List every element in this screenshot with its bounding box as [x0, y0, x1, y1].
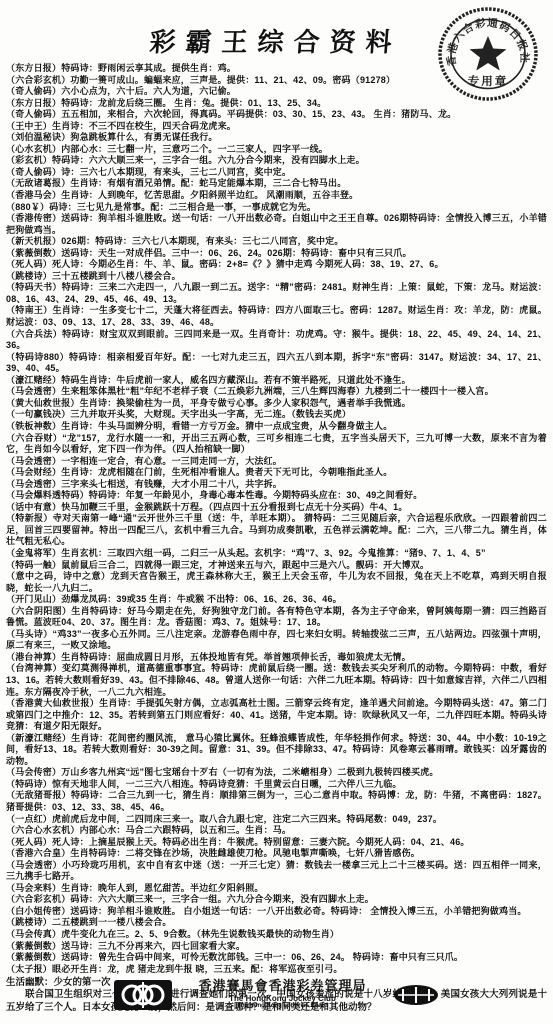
tip-line: （金鬼将军）生肖玄机：三取四六组一码，二归三一从头起。玄机字：“鸡”7、3、92… — [6, 548, 547, 560]
tip-line: （奇人偷码）诗：三六七八本期现，有来头，三七二八同宫，奖中定。 — [6, 167, 547, 179]
tip-line: （香港马会）生肖诗：人到晚年，忆苦思甜。夕阳斜照半边红。 风潮雨顺，五谷丰登。 — [6, 190, 547, 202]
tip-line: （马会透密）一字相连一定合，有心意。一三同走同一方，大法红。 — [6, 456, 547, 468]
tip-line: （濠江赌经）特码生肖诗：牛后虎前一家人，威名四方藏深山。若有不策半路死，只道此处… — [6, 375, 547, 387]
seal-star-icon — [470, 36, 507, 71]
tip-line: （六合彩玄机）码诗：六六大顺三来一，三字合一组。六九分合今期来，没有四脚水上走。 — [6, 894, 547, 906]
tip-line: （死人码）死人诗：今期必生肖：牛、羊、鼠。密码：2+8=《？》猜中走鸡 今期死人… — [6, 259, 547, 271]
tip-line: （王中王）生肖诗：不三不四在校生，四天合码龙虎来。 — [6, 121, 547, 133]
tip-line: （马会财经）生肖诗：龙虎相随在门前，生死相冲看谁人。贵者天下无可比，今朝唯指此圣… — [6, 467, 547, 479]
tip-line: （无敌诸葛报）生肖诗：有烟有酒兄弟情。配：蛇马定能爆本期，三二合七特马出。 — [6, 178, 547, 190]
newspaper-seal: 香港六合彩通码日报社 专用章 — [437, 6, 539, 102]
tip-line: （特码天书）特码诗：三来二六走四一，八九跟一到二五。送字：“精”密码：2481。… — [6, 282, 547, 305]
tip-line: （太子报）眼必开生肖：龙，虎 猪走龙到牛报 晓，三五来。配：将军巡夜至引弓。 — [6, 964, 547, 976]
tip-line: （紫薇倒数）送马诗：三九不分再来六，四七回家看大家。 — [6, 941, 547, 953]
tip-line: （跳楼诗）二五楼跳到一一楼八楼会合。 — [6, 917, 547, 929]
tip-line: （香港传密）送码诗：狗羊相斗谁胜败。送一句话：一八开出数必奇。白姐山中之王王自尊… — [6, 213, 547, 236]
footer: 香港賽馬會香港彩券管理局 The HongKong Jockey Club Th… — [0, 980, 553, 1010]
tip-line: （香港黄大仙救世报）生肖诗：手提弧矢射方偶，立志弧高杜士图。三箭穿云终有定，逢羊… — [6, 698, 547, 733]
tip-line: （铁板神数）生肖诗：牛头马面辨分明，看错一方亏万金。猜中一点成宝贵，从今翻身做主… — [6, 421, 547, 433]
tip-line: （开门见山）劲爆龙凤码：39或35 生肖：牛或猴 不出特：06、16、26、36… — [6, 594, 547, 606]
tip-line: （马会爆料透特码）特码诗：年复一年龄见小，身毒心毒本性毒。今期特码头应在：30、… — [6, 490, 547, 502]
tip-line: （一句赢钱决）三九并取开头奖，大财现。天字出头一字高，无二连。（数钱去买虎） — [6, 409, 547, 421]
tip-line: （香港六合皇）生肖特码诗：二将交锋在沙场，决胜雌雄使刀枪。风驰电掣声嘶唤，七奸八… — [6, 848, 547, 860]
tip-line: （奇人偷码）五五相加，来相合，六次轮回，得真码。平码提供：03、30、15、23… — [6, 109, 547, 121]
tip-line: （六合心水玄机）内部心水：马合二六跟特码，以五和三。生肖：马。 — [6, 825, 547, 837]
tip-line: （刘伯温秘诀）狗急跳板算什么，有勇无谋任我行。 — [6, 132, 547, 144]
tip-line: （特码诗880）特码诗：相亲相爱百年好。配：一七对九走三五，四六五八到本期，拆字… — [6, 352, 547, 375]
tip-line: （马会透密）三字来头七相送，有钱赚，大才小用二十八，共字拆。 — [6, 479, 547, 491]
tip-line: （特南王）生肖诗：一生多变七十二，天蓬大将征西去。特码诗：四方八面取三七。密码：… — [6, 305, 547, 328]
tip-line: （马头诗）“鸡33”一夜多心五外同。三八注定亲。龙游春色雨中存，四七来妇女明。转… — [6, 629, 547, 652]
tip-line: （心水玄机）内部心水：三七翻一片，三意巧二个。一二三家人，四字平一线。 — [6, 144, 547, 156]
tip-line: （马会传密）万山乡客九州宾“远”图七宝瑶台十歹右（一切有为法，二米嵣相身）二极到… — [6, 767, 547, 779]
tip-line: （新天机报）026期：特码诗：三六七八本期现，有来头：三七二八同宫，奖中定。 — [6, 236, 547, 248]
tip-line: （台湾神算）变幻莫测得禅机，道高德重事事宜。特码诗：虎前鼠后绕一圈。送：数钱去买… — [6, 663, 547, 698]
seal-stamp-icon: 香港六合彩通码日报社 专用章 — [437, 6, 539, 102]
jockey-club-logo-icon — [114, 980, 172, 1010]
tip-line: （港台神算）生肖特码诗：屈曲成圆日月形，五体投地皆有凭。举首翘项伸长舌，毒如狼虎… — [6, 652, 547, 664]
tip-line: （马会传真）虎牛变化九在三。2、5、9合数。（林先生说数钱买最快的动物生肖） — [6, 929, 547, 941]
tip-line: （特码一触）鼠前鼠后三合二，四就得一跟三定，才神送来五与六，跟起中三是六八。靓码… — [6, 560, 547, 572]
tip-line: （特新报）寺对天南第一峰“通”云开世外三千里（送：牛，羊旺本期）。 猜特码：二三… — [6, 513, 547, 548]
tip-line: （880￥）码诗：三七见九是常事。配：二三相合是一事，一事成就它为先。 — [6, 202, 547, 214]
tip-line: （马会来料）生肖诗：晚年人到，恩忆甜苦。半边红夕阳斜照。 — [6, 883, 547, 895]
tip-line: （马会透密）生来粗笨体黑杜“粗”年纪不老样子衰（二五焕彩九洲端，三八生辉四海春）… — [6, 386, 547, 398]
tip-line: （彩玄机）特码诗：六六大顺三来一，三字合一组。六九分合今期来，没有四脚水上走。 — [6, 155, 547, 167]
tip-line: （马会透密）小巧玲珑巧用机，玄中自有玄中迷（送：一开三七定）猜：数钱去一楼拿三元… — [6, 860, 547, 883]
tip-line: （话中有意）快马加鞭三千里，金猴跳跃十万程。（四点四十五分看报到七点无十分买码）… — [6, 502, 547, 514]
tip-line: （新濠江赌经）生肖诗：花间密约圈风流， 意马心猿比翼休。狂蜂浪蝶皆成性，年华轻捐… — [6, 733, 547, 768]
tip-line: （六合阴阳图）生肖特码诗：好马今期走在先，好狗独守龙门前。各有特色守本期，各为主… — [6, 606, 547, 629]
seal-bottom-text: 专用章 — [468, 74, 509, 88]
tip-line: （六合兵法）特码诗：财宝双双到眼前。三四同来是一双。生肖奇计：功虎鸡。守：猴牛。… — [6, 329, 547, 352]
tip-line: （一点红）虎前虎后龙中间，二四同床三来一。取八合九跟七定，注定二六三四来。特码尾… — [6, 814, 547, 826]
footer-org-en2: The Hong Kong Lotteries Board — [198, 1003, 366, 1010]
tip-line: （跳楼诗）三十五楼跳到十八楼八楼会合。 — [6, 271, 547, 283]
tip-sheet-page: 彩霸王综合资料 香港六合彩通码日报社 专用章 （东方日报）特码诗：野雨闲云享其成… — [0, 0, 553, 1024]
tip-line: （无敌猪哥报）特码诗：二合三九到一七，猜生肖：顺排第三倒为一，三心二意肖中取。特… — [6, 790, 547, 813]
tip-line: （黄大仙救世报）生肖诗：换梁偷柱为一员，平身专做亏心事。多少人家积怨气，遇者举手… — [6, 398, 547, 410]
tip-line: （六合吞财）“龙”157，龙行水随一一和，开出三五两心数，三可乡相连二七贵，五字… — [6, 433, 547, 456]
tip-line: （紫薇倒数）送码诗：曾先生合码中间来，可怜无数沈郎钱。三中一：06、26、24。… — [6, 952, 547, 964]
footer-org-cn: 香港賽馬會香港彩券管理局 — [198, 980, 366, 994]
tip-line: （紫薇倒数）送码诗：天生一对成伴侣。三中一：06、26、24。026期：特码诗：… — [6, 248, 547, 260]
tip-line: （特码诗）惊有天地非人间，一二三六八相连。特码诗竞猜：千里黄云白日曛，二六伴八三… — [6, 779, 547, 791]
footer-org: 香港賽馬會香港彩券管理局 The HongKong Jockey Club Th… — [198, 980, 366, 1010]
lotteries-board-logo-icon — [393, 983, 439, 1007]
tip-line: （死人码）死人诗：上摘星辰猴上天。特码必出生肖：牛猴虎。特别留意：三妻六院。今期… — [6, 837, 547, 849]
footer-org-en1: The HongKong Jockey Club — [198, 994, 366, 1003]
tip-lines-list: （东方日报）特码诗：野雨闲云享其成。提供生肖：鸡。（六合彩玄机）功勤一篑可成山。… — [0, 59, 553, 975]
tip-line: （白小姐传密）送码诗：狗羊相斗谁败胜。 白小姐送一句话：一八开出数必奇。特码诗：… — [6, 906, 547, 918]
tip-line: （意中之码，诗中之意）龙到天宫告猴王，虎王森林称大王，猴王上天会玉帝，牛儿为农不… — [6, 571, 547, 594]
